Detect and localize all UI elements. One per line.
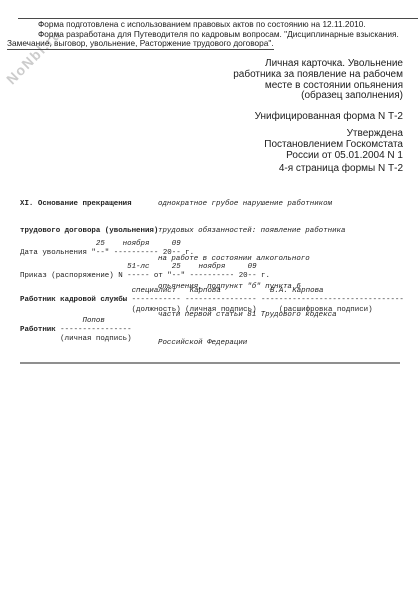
section-xi-value-line-2: трудовых обязанностей: появление работни… xyxy=(158,227,345,236)
doc-title-line-4: (образец заполнения) xyxy=(233,91,403,102)
section-xi-value-line-6: Российской Федерации xyxy=(158,339,345,348)
form-code: Унифицированная форма N Т-2 xyxy=(255,112,403,123)
document-title: Личная карточка. Увольнение работника за… xyxy=(233,59,403,102)
document-page: NoNbl.ru Форма подготовлена с использова… xyxy=(0,0,420,600)
order-line: Приказ (распоряжение) N ----- от "--" --… xyxy=(20,272,270,281)
section-xi-value-line-1: однократное грубое нарушение работником xyxy=(158,200,345,209)
dismissal-date-line: Дата увольнения "--" ---------- 20-- г. xyxy=(20,249,194,258)
section-xi-label-line-2: трудового договора (увольнения) xyxy=(20,227,158,236)
approval-line-2: Постановлением Госкомстата xyxy=(264,140,403,151)
hr-officer-captions: (должность) (личная подпись) (расшифровк… xyxy=(20,306,373,315)
bottom-rule xyxy=(20,362,400,364)
order-values: 51-лс 25 ноября 09 xyxy=(20,263,257,272)
section-xi-label-line-1: XI. Основание прекращения xyxy=(20,200,158,209)
doc-title-line-2: работника за появление на рабочем xyxy=(233,70,403,81)
hr-officer-label: Работник кадровой службы xyxy=(20,296,127,304)
employee-line: Работник ---------------- xyxy=(20,326,132,335)
hr-officer-blanks: ----------- ---------------- -----------… xyxy=(127,296,404,304)
employee-blanks: ---------------- xyxy=(56,326,132,334)
employee-label: Работник xyxy=(20,326,56,334)
hr-officer-line: Работник кадровой службы ----------- ---… xyxy=(20,296,404,305)
banner-line-3: Замечание, выговор, увольнение, Расторже… xyxy=(7,39,274,50)
page-number-note: 4-я страница формы N Т-2 xyxy=(279,164,403,175)
banner-line-3-text: Замечание, выговор, увольнение, Расторже… xyxy=(7,39,274,50)
approval-line-3: России от 05.01.2004 N 1 xyxy=(264,151,403,162)
employee-values: Попов xyxy=(20,317,105,326)
hr-officer-values: специалист Карпова В.А. Карпова xyxy=(20,287,324,296)
dismissal-date-values: 25 ноября 09 xyxy=(20,240,181,249)
employee-caption: (личная подпись) xyxy=(20,335,132,344)
approval-block: Утверждена Постановлением Госкомстата Ро… xyxy=(264,129,403,161)
